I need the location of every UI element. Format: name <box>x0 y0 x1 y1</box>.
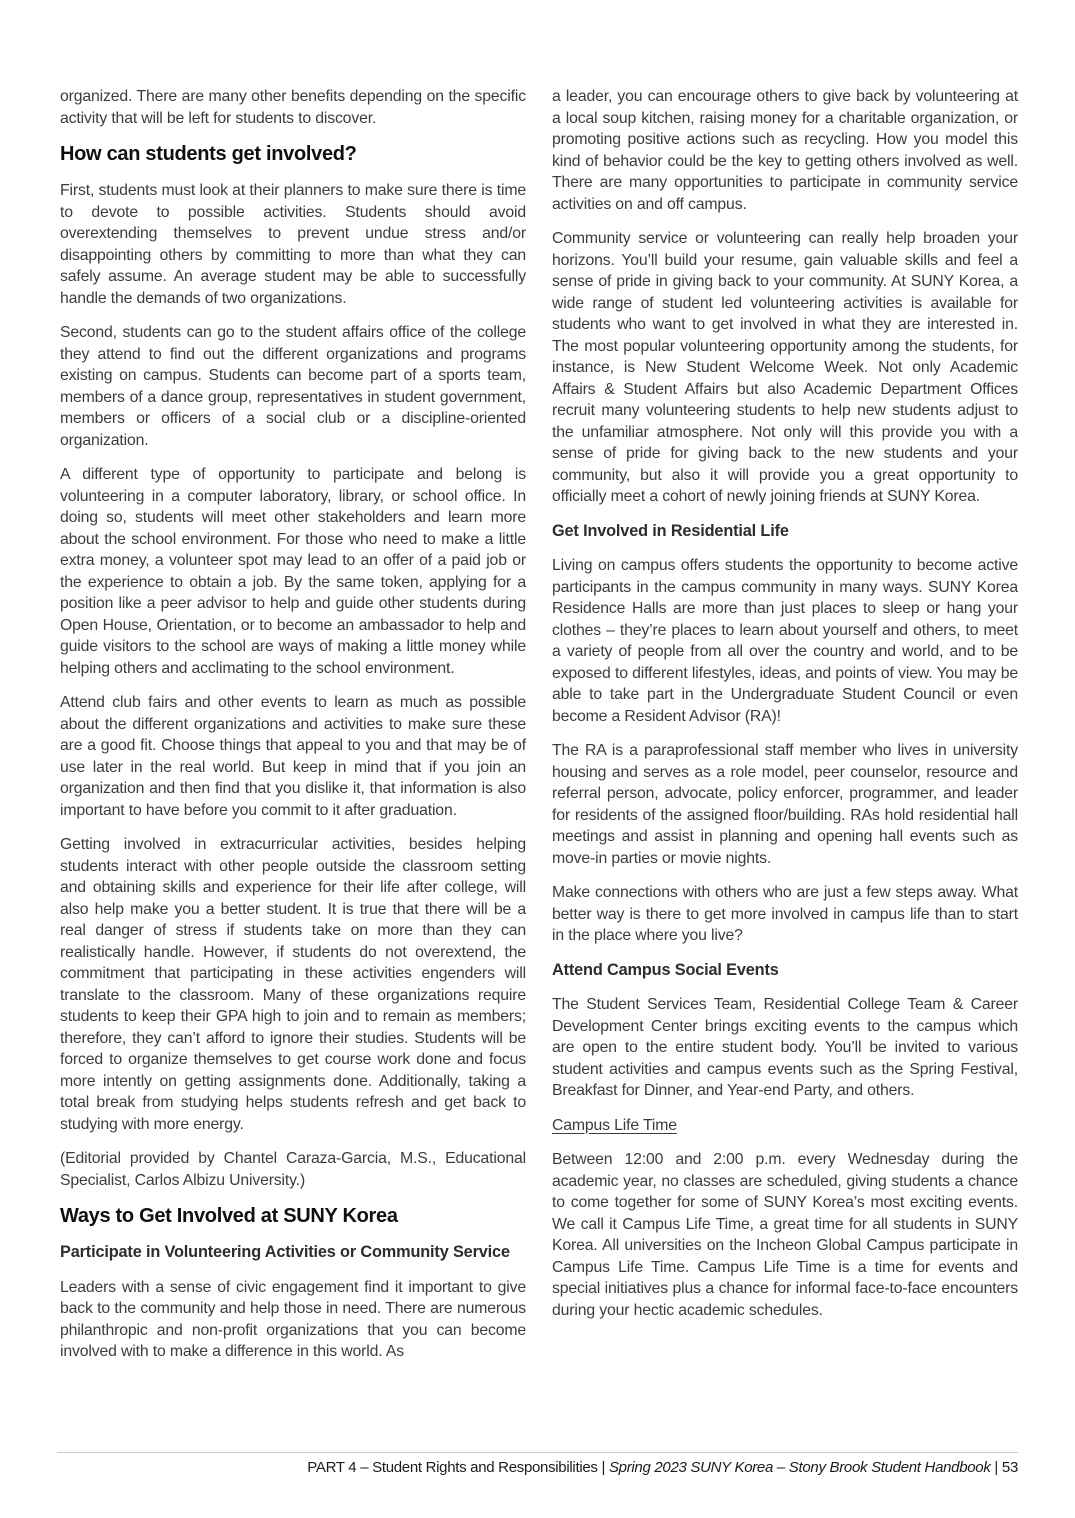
footer-handbook-title: Spring 2023 SUNY Korea – Stony Brook Stu… <box>609 1459 991 1476</box>
body-paragraph: Second, students can go to the student a… <box>60 322 526 451</box>
right-column: a leader, you can encourage others to gi… <box>552 86 1018 1376</box>
page-footer: PART 4 – Student Rights and Responsibili… <box>57 1459 1018 1476</box>
underlined-heading: Campus Life Time <box>552 1115 1018 1137</box>
footer-divider-rule <box>57 1452 1018 1453</box>
body-paragraph: Leaders with a sense of civic engagement… <box>60 1277 526 1363</box>
body-paragraph: Living on campus offers students the opp… <box>552 555 1018 727</box>
left-column: organized. There are many other benefits… <box>60 86 526 1376</box>
body-paragraph: Getting involved in extracurricular acti… <box>60 834 526 1135</box>
sub-heading: Participate in Volunteering Activities o… <box>60 1242 526 1264</box>
body-paragraph: organized. There are many other benefits… <box>60 86 526 129</box>
section-heading: How can students get involved? <box>60 142 526 166</box>
body-paragraph: A different type of opportunity to parti… <box>60 464 526 679</box>
footer-separator-2: | <box>994 1459 998 1476</box>
footer-separator: | <box>601 1459 605 1476</box>
body-paragraph: Community service or volunteering can re… <box>552 228 1018 508</box>
section-heading: Ways to Get Involved at SUNY Korea <box>60 1204 526 1228</box>
body-paragraph: Between 12:00 and 2:00 p.m. every Wednes… <box>552 1149 1018 1321</box>
body-paragraph: The RA is a paraprofessional staff membe… <box>552 740 1018 869</box>
body-paragraph: First, students must look at their plann… <box>60 180 526 309</box>
body-paragraph: (Editorial provided by Chantel Caraza-Ga… <box>60 1148 526 1191</box>
footer-section-title: PART 4 – Student Rights and Responsibili… <box>307 1459 597 1476</box>
footer-page-number: 53 <box>1002 1459 1018 1476</box>
body-paragraph: Make connections with others who are jus… <box>552 882 1018 947</box>
sub-heading: Attend Campus Social Events <box>552 960 1018 982</box>
sub-heading: Get Involved in Residential Life <box>552 521 1018 543</box>
body-paragraph: a leader, you can encourage others to gi… <box>552 86 1018 215</box>
body-paragraph: The Student Services Team, Residential C… <box>552 994 1018 1102</box>
page-content: organized. There are many other benefits… <box>60 86 1018 1376</box>
body-paragraph: Attend club fairs and other events to le… <box>60 692 526 821</box>
